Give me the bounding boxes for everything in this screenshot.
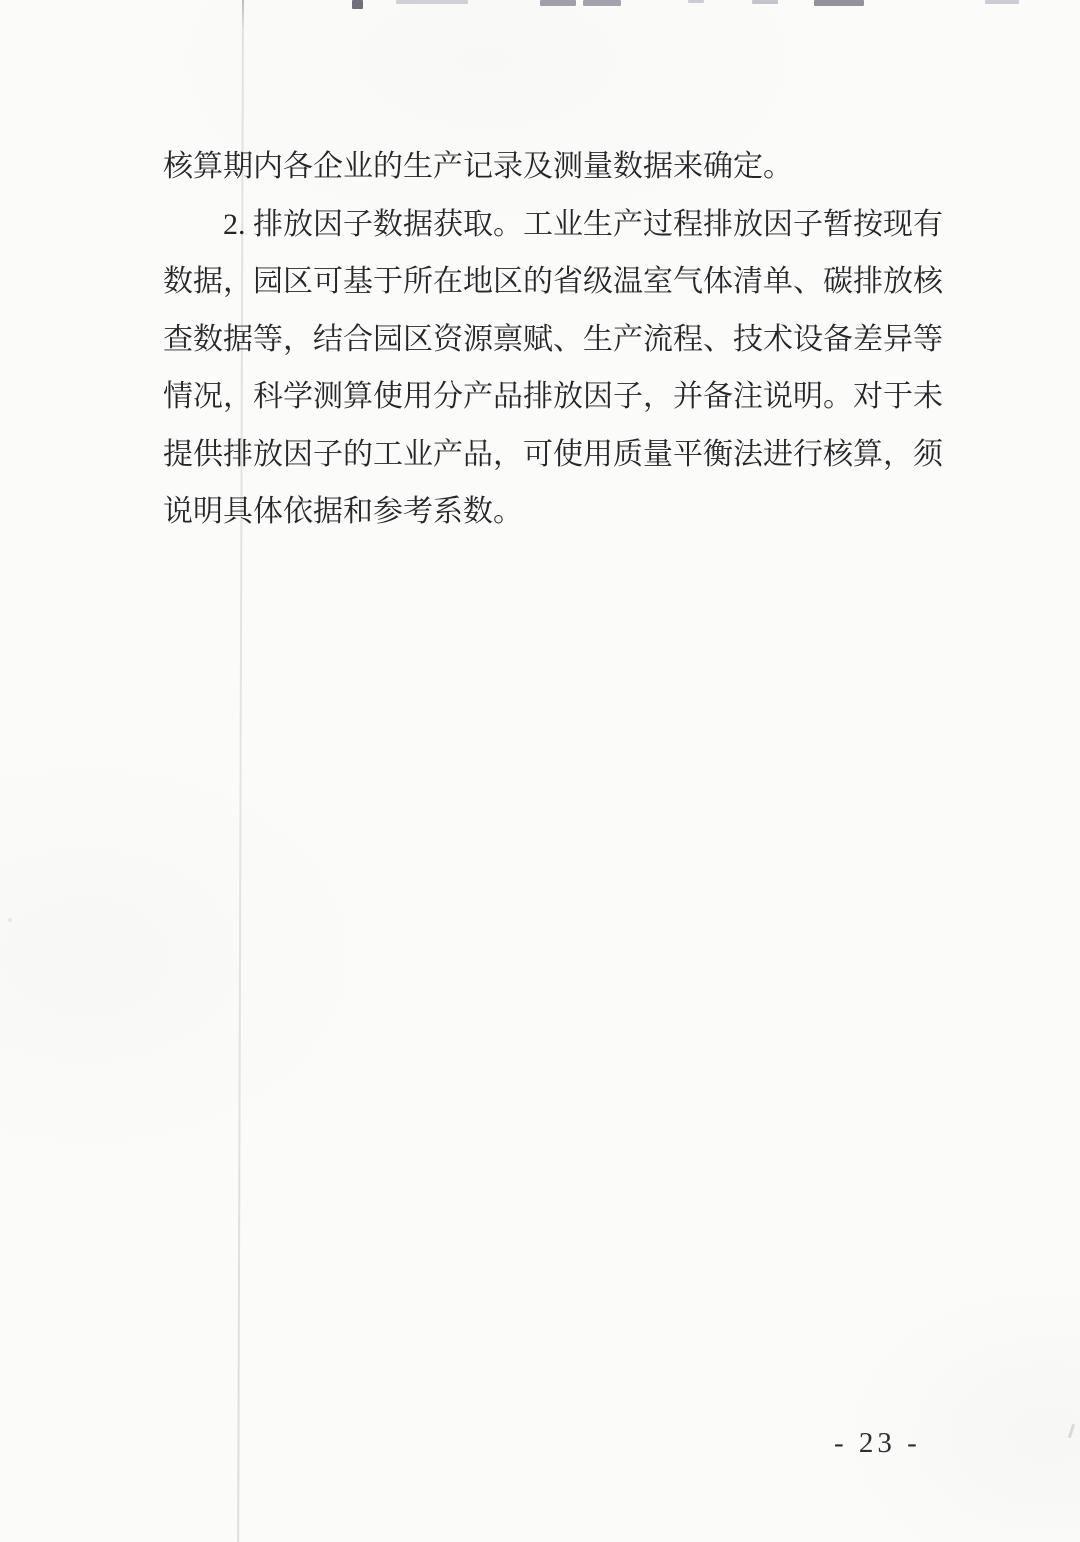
scan-artifact [688,0,704,3]
paragraph-line: 查数据等，结合园区资源禀赋、生产流程、技术设备差异等 [163,311,933,369]
paragraph-last-line: 说明具体依据和参考系数。 [163,483,933,541]
scan-artifact [1068,1424,1075,1438]
scan-artifact [814,0,864,6]
scan-artifact [583,0,621,6]
paragraph-line: 提供排放因子的工业产品，可使用质量平衡法进行核算，须 [163,426,933,484]
document-page: 核算期内各企业的生产记录及测量数据来确定。 2. 排放因子数据获取。工业生产过程… [0,0,1080,1542]
paragraph-line: 数据，园区可基于所在地区的省级温室气体清单、碳排放核 [163,253,933,311]
body-text: 核算期内各企业的生产记录及测量数据来确定。 2. 排放因子数据获取。工业生产过程… [163,138,933,541]
paragraph-line: 情况，科学测算使用分产品排放因子，并备注说明。对于未 [163,368,933,426]
scan-artifact [985,0,1019,4]
page-number: - 23 - [834,1427,934,1460]
scan-artifact [8,918,12,922]
paragraph-end-line: 核算期内各企业的生产记录及测量数据来确定。 [163,138,933,196]
paragraph-line: 2. 排放因子数据获取。工业生产过程排放因子暂按现有 [163,196,933,254]
scan-artifact [540,0,576,6]
scan-artifact [752,0,778,4]
scan-artifact [396,0,468,4]
scan-artifact [352,0,363,9]
